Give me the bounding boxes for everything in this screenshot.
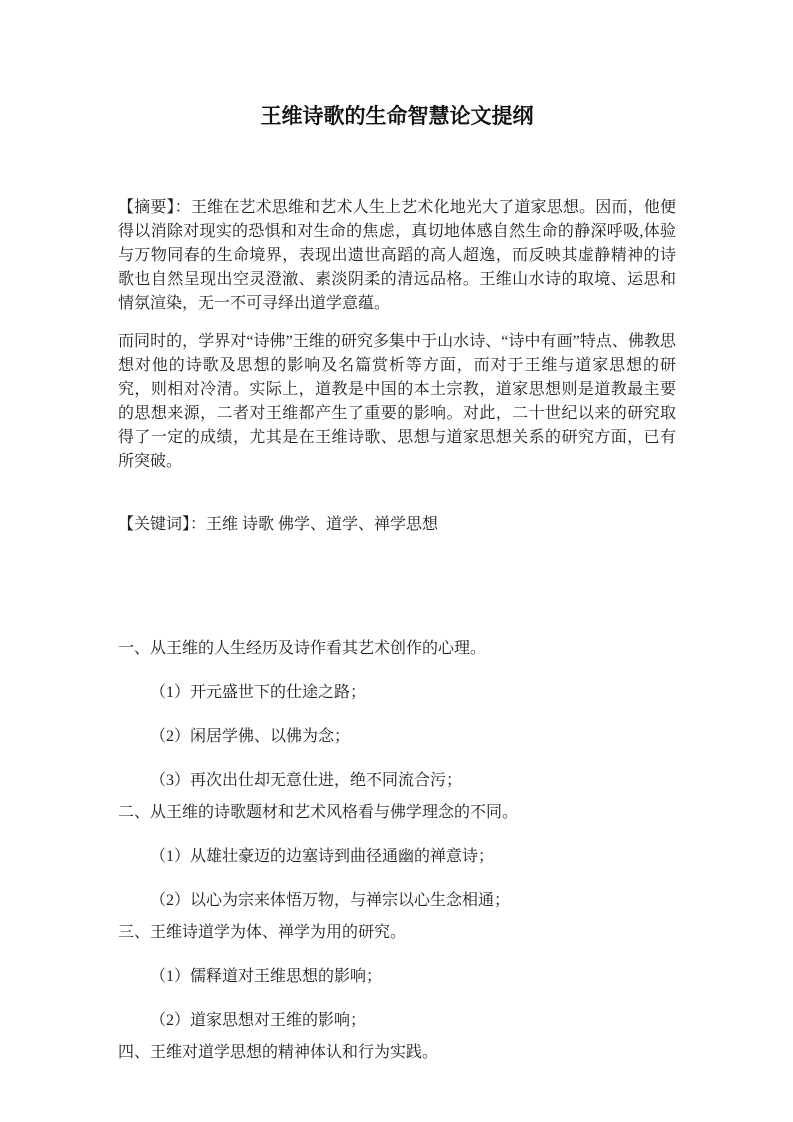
- keywords-text: 王维 诗歌 佛学、道学、禅学思想: [206, 516, 438, 533]
- outline-sub-item: （2）闲居学佛、以佛为念；: [118, 724, 676, 749]
- outline-section-heading: 四、王维对道学思想的精神体认和行为实践。: [118, 1040, 676, 1065]
- abstract-text: 王维在艺术思维和艺术人生上艺术化地光大了道家思想。因而，他便得以消除对现实的恐惧…: [118, 199, 676, 312]
- abstract-paragraph: 【摘要】：王维在艺术思维和艺术人生上艺术化地光大了道家思想。因而，他便得以消除对…: [118, 196, 676, 316]
- outline-sub-item: （3）再次出仕却无意仕进，绝不同流合污；: [118, 768, 676, 793]
- keywords-paragraph: 【关键词】：王维 诗歌 佛学、道学、禅学思想: [118, 513, 676, 537]
- outline-sub-item: （2）道家思想对王维的影响；: [118, 1008, 676, 1033]
- outline-section-heading: 一、从王维的人生经历及诗作看其艺术创作的心理。: [118, 636, 676, 661]
- outline-sub-item: （1）儒释道对王维思想的影响；: [118, 964, 676, 989]
- outline-section-heading: 三、王维诗道学为体、禅学为用的研究。: [118, 920, 676, 945]
- outline-sub-item: （2）以心为宗来体悟万物，与禅宗以心生念相通；: [118, 888, 676, 913]
- outline-sub-item: （1）从雄壮豪迈的边塞诗到曲径通幽的禅意诗；: [118, 844, 676, 869]
- page-title: 王维诗歌的生命智慧论文提纲: [118, 102, 676, 131]
- outline-section-heading: 二、从王维的诗歌题材和艺术风格看与佛学理念的不同。: [118, 800, 676, 825]
- abstract-label: 【摘要】：: [118, 199, 191, 216]
- outline-list: 一、从王维的人生经历及诗作看其艺术创作的心理。（1）开元盛世下的仕途之路；（2）…: [118, 636, 676, 1065]
- outline-sub-item: （1）开元盛世下的仕途之路；: [118, 680, 676, 705]
- body-paragraph: 而同时的，学界对“诗佛”王维的研究多集中于山水诗、“诗中有画”特点、佛教思想对他…: [118, 330, 676, 474]
- document-page: 王维诗歌的生命智慧论文提纲 【摘要】：王维在艺术思维和艺术人生上艺术化地光大了道…: [0, 0, 793, 1122]
- keywords-label: 【关键词】：: [118, 516, 206, 533]
